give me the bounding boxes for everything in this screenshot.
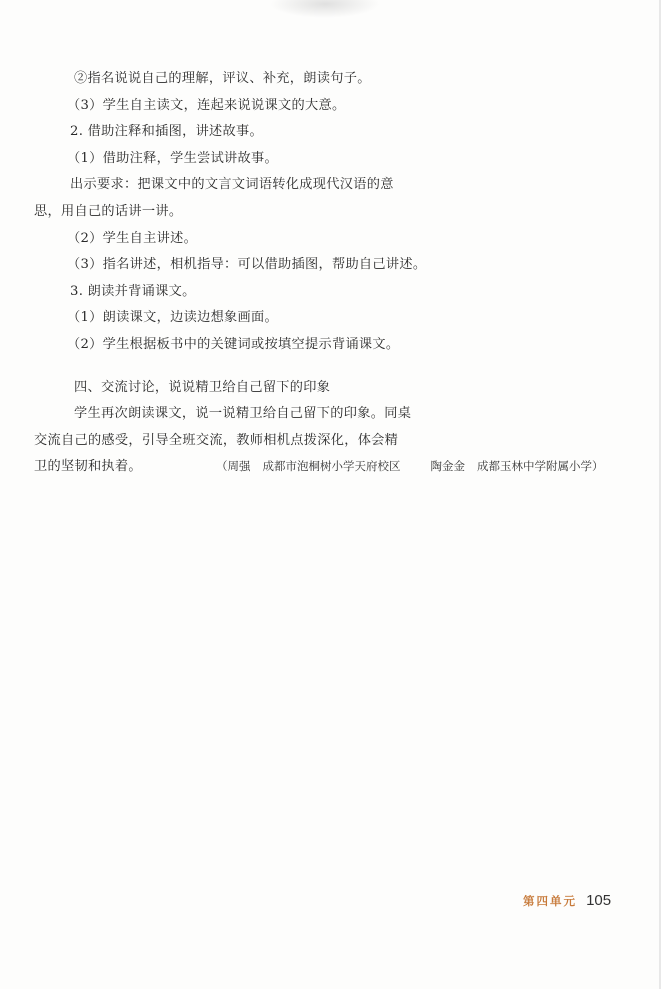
scan-smudge — [270, 0, 380, 18]
credit-open: （ — [216, 459, 228, 473]
page-number: 105 — [586, 892, 611, 909]
section-heading: 四、交流讨论，说说精卫给自己留下的印象 — [48, 375, 438, 402]
paragraph: 出示要求：把课文中的文言文词语转化成现代汉语的意 — [48, 172, 438, 199]
paragraph: （2）学生根据板书中的关键词或按填空提示背诵课文。 — [48, 332, 438, 359]
author-school: 成都玉林中学附属小学 — [477, 459, 592, 473]
paragraph: （1）借助注释，学生尝试讲故事。 — [48, 146, 438, 173]
author-name: 周强 — [228, 459, 251, 473]
section-body-line: 学生再次朗读课文，说一说精卫给自己留下的印象。同桌 — [48, 401, 438, 428]
author-name: 陶金金 — [431, 459, 466, 473]
paragraph: （1）朗读课文，边读边想象画面。 — [48, 305, 438, 332]
paragraph: 3. 朗读并背诵课文。 — [48, 279, 438, 306]
section-body-line: 交流自己的感受，引导全班交流，教师相机点拨深化，体会精 — [34, 428, 438, 455]
credit-close: ） — [592, 459, 604, 473]
page-content: ②指名说说自己的理解，评议、补充，朗读句子。 （3）学生自主读文，连起来说说课文… — [48, 66, 438, 481]
paragraph: （2）学生自主讲述。 — [48, 226, 438, 253]
paragraph: ②指名说说自己的理解，评议、补充，朗读句子。 — [48, 66, 438, 93]
author-school: 成都市泡桐树小学天府校区 — [263, 459, 401, 473]
author-credit: （周强成都市泡桐树小学天府校区陶金金成都玉林中学附属小学） — [216, 458, 604, 474]
section-gap — [48, 359, 438, 375]
unit-label: 第四单元 — [523, 894, 577, 908]
paragraph: （3）学生自主读文，连起来说说课文的大意。 — [48, 93, 438, 120]
page-footer: 第四单元 105 — [523, 890, 611, 909]
paragraph: 思，用自己的话讲一讲。 — [34, 199, 438, 226]
paragraph: 2. 借助注释和插图，讲述故事。 — [48, 119, 438, 146]
paragraph: （3）指名讲述，相机指导：可以借助插图，帮助自己讲述。 — [48, 252, 438, 279]
